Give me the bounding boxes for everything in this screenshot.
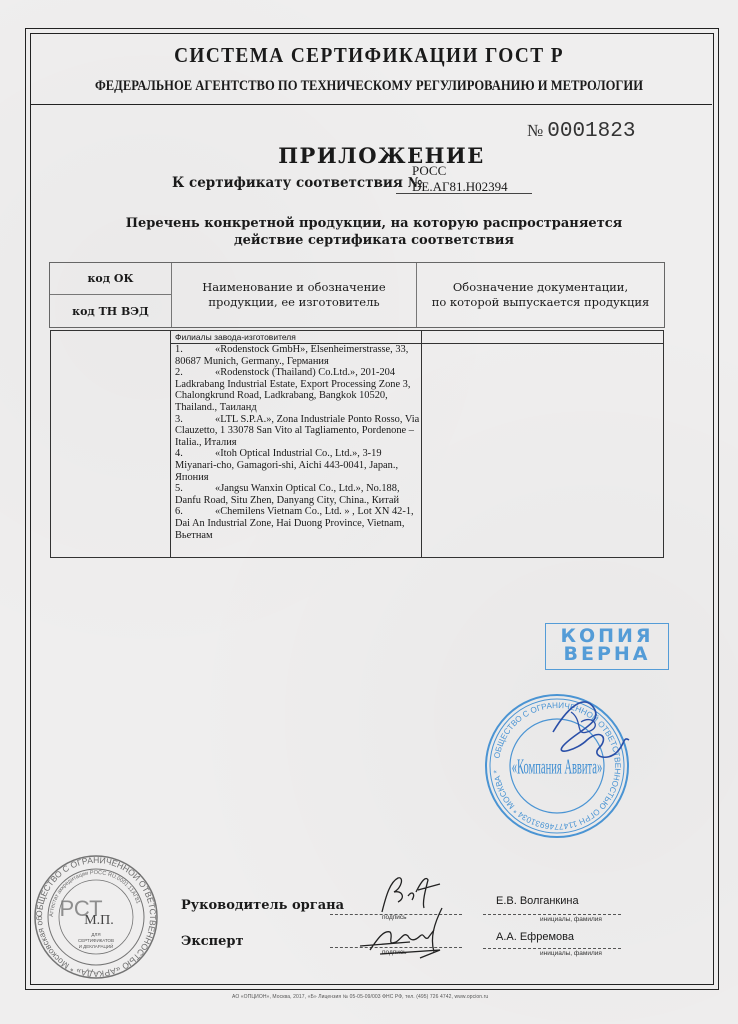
header-docs-line1: Обозначение документации, (432, 280, 650, 295)
company-seal: ОБЩЕСТВО С ОГРАНИЧЕННОЙ ОТВЕТСТВЕННОСТЬЮ… (483, 692, 631, 840)
system-title: СИСТЕМА СЕРТИФИКАЦИИ ГОСТ Р (30, 43, 709, 68)
manufacturer-list: 1.«Rodenstock GmbH», Elsenheimerstrasse,… (175, 344, 425, 541)
manufacturer-entry: 6.«Chemilens Vietnam Co., Ltd. » , Lot X… (175, 506, 425, 541)
entry-number: 4. (175, 448, 215, 460)
form-number-value: 0001823 (547, 120, 635, 143)
head-label: Руководитель органа (181, 898, 344, 913)
entry-number: 5. (175, 483, 215, 495)
manufacturer-entry: 2.«Rodenstock (Thailand) Co.Ltd.», 201-2… (175, 367, 425, 413)
svg-text:ДЛЯ: ДЛЯ (91, 932, 100, 937)
manufacturer-entry: 1.«Rodenstock GmbH», Elsenheimerstrasse,… (175, 344, 425, 367)
cert-ref-label: К сертификату соответствия № (172, 175, 422, 191)
list-title: Перечень конкретной продукции, на котору… (0, 215, 738, 249)
expert-name-caption: инициалы, фамилия (540, 950, 602, 957)
head-name-caption: инициалы, фамилия (540, 916, 602, 923)
list-title-line2: действие сертификата соответствия (10, 232, 738, 249)
header-code-tn-ved: код ТН ВЭД (50, 295, 171, 327)
svg-text:И ДЕКЛАРАЦИЙ: И ДЕКЛАРАЦИЙ (79, 942, 114, 949)
form-number: №0001823 (527, 120, 635, 143)
svg-text:М.П.: М.П. (84, 913, 114, 928)
col-divider-1 (170, 331, 171, 557)
head-name-line (483, 914, 621, 915)
manufacturer-entry: 4.«Itoh Optical Industrial Co., Ltd.», 3… (175, 448, 425, 483)
printer-imprint: АО «ОПЦИОН», Москва, 2017, «Б» Лицензия … (232, 994, 488, 1000)
entry-number: 3. (175, 414, 215, 426)
company-seal-name: «Компания Аввита» (512, 754, 602, 778)
copy-verified-stamp: КОПИЯ ВЕРНА (545, 623, 669, 670)
manufacturer-entry: 5.«Jangsu Wanxin Optical Co., Ltd.», No.… (175, 483, 425, 506)
header-divider (31, 104, 712, 105)
cert-ref-value: РОСС DE.АГ81.Н02394 (400, 163, 542, 195)
annex-title: ПРИЛОЖЕНИЕ (0, 143, 738, 168)
header-code-ok: код ОК (50, 263, 171, 295)
header-product-line2: продукции, ее изготовитель (202, 295, 385, 310)
header-docs: Обозначение документации,по которой выпу… (417, 263, 664, 327)
expert-label: Эксперт (181, 934, 244, 949)
product-table: Филиалы завода-изготовителя 1.«Rodenstoc… (50, 330, 664, 558)
cert-ref-underline (396, 193, 532, 194)
list-title-line1: Перечень конкретной продукции, на котору… (10, 215, 738, 232)
expert-signature (350, 902, 470, 960)
expert-name: А.А. Ефремова (496, 931, 574, 943)
entry-number: 6. (175, 506, 215, 518)
entry-number: 2. (175, 367, 215, 379)
entry-number: 1. (175, 344, 215, 356)
header-product: Наименование и обозначениепродукции, ее … (172, 263, 417, 327)
head-name: Е.В. Волганкина (496, 895, 579, 907)
certification-body-seal: ОБЩЕСТВО С ОГРАНИЧЕННОЙ ОТВЕТСТВЕННОСТЬЮ… (33, 854, 159, 980)
number-sign: № (527, 121, 543, 140)
agency-name: ФЕДЕРАЛЬНОЕ АГЕНТСТВО ПО ТЕХНИЧЕСКОМУ РЕ… (59, 78, 679, 95)
section-title: Филиалы завода-изготовителя (175, 331, 296, 343)
header-product-line1: Наименование и обозначение (202, 280, 385, 295)
svg-text:СЕРТИФИКАТОВ: СЕРТИФИКАТОВ (78, 938, 114, 943)
expert-name-line (483, 948, 621, 949)
copy-stamp-line2: ВЕРНА (546, 645, 668, 663)
table-header: код ОК код ТН ВЭД Наименование и обознач… (49, 262, 665, 328)
manufacturer-entry: 3.«LTL S.P.A.», Zona Industriale Ponto R… (175, 414, 425, 449)
header-docs-line2: по которой выпускается продукция (432, 295, 650, 310)
